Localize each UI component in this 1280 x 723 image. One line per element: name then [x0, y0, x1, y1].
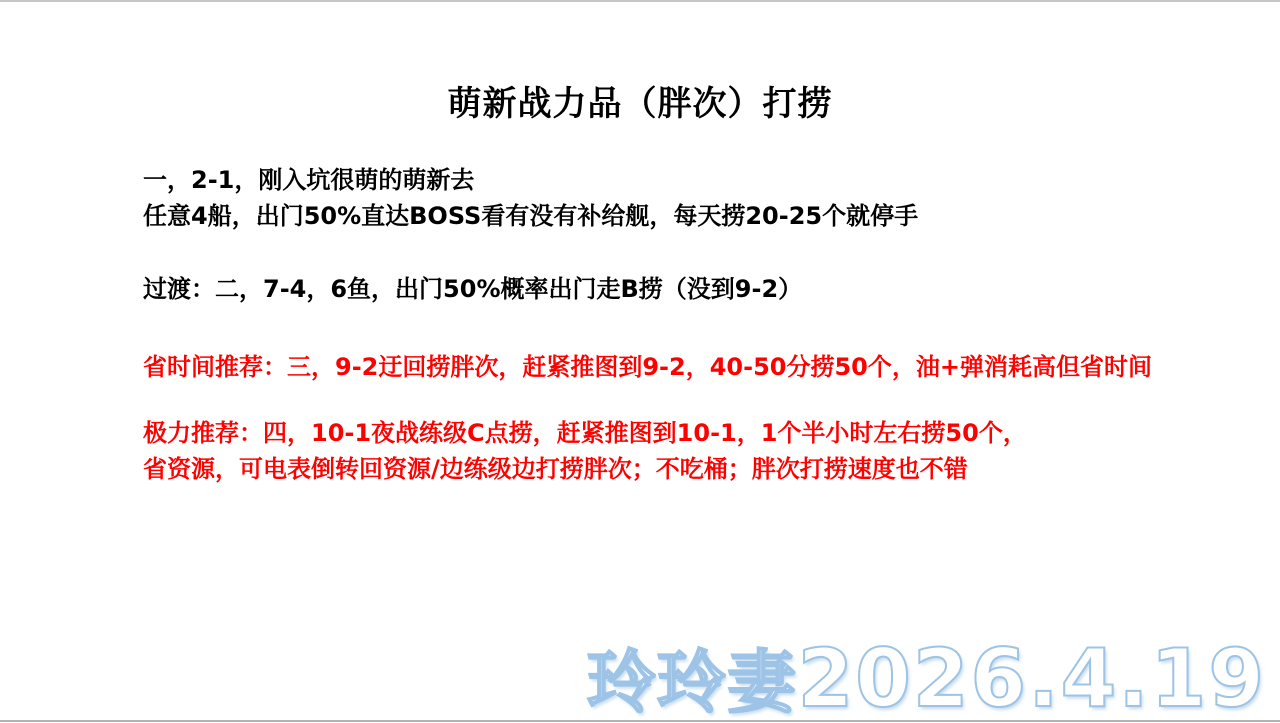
bottom-border-line: [0, 720, 1280, 722]
presentation-slide: 萌新战力品（胖次）打捞 一，2-1，刚入坑很萌的萌新去 任意4船，出门50%直达…: [0, 0, 1280, 723]
text-line: 任意4船，出门50%直达BOSS看有没有补给舰，每天捞20-25个就停手: [143, 198, 918, 234]
watermark-author: 玲玲妻: [588, 644, 798, 723]
paragraph-step1: 一，2-1，刚入坑很萌的萌新去 任意4船，出门50%直达BOSS看有没有补给舰，…: [143, 162, 918, 234]
top-border-line: [0, 0, 1280, 2]
watermark: 玲玲妻2026.4.19: [588, 639, 1266, 719]
text-line: 极力推荐：四，10-1夜战练级C点捞，赶紧推图到10-1，1个半小时左右捞50个…: [143, 415, 1027, 451]
paragraph-step4-strongly-recommended: 极力推荐：四，10-1夜战练级C点捞，赶紧推图到10-1，1个半小时左右捞50个…: [143, 415, 1027, 487]
text-line: 一，2-1，刚入坑很萌的萌新去: [143, 162, 918, 198]
slide-title: 萌新战力品（胖次）打捞: [0, 76, 1280, 125]
paragraph-step3-recommended: 省时间推荐：三，9-2迂回捞胖次，赶紧推图到9-2，40-50分捞50个，油+弹…: [143, 349, 1152, 385]
paragraph-step2: 过渡：二，7-4，6鱼，出门50%概率出门走B捞（没到9-2）: [143, 271, 802, 307]
text-line: 过渡：二，7-4，6鱼，出门50%概率出门走B捞（没到9-2）: [143, 271, 802, 307]
watermark-date: 2026.4.19: [798, 632, 1266, 723]
text-line: 省时间推荐：三，9-2迂回捞胖次，赶紧推图到9-2，40-50分捞50个，油+弹…: [143, 349, 1152, 385]
text-line: 省资源，可电表倒转回资源/边练级边打捞胖次；不吃桶；胖次打捞速度也不错: [143, 451, 1027, 487]
